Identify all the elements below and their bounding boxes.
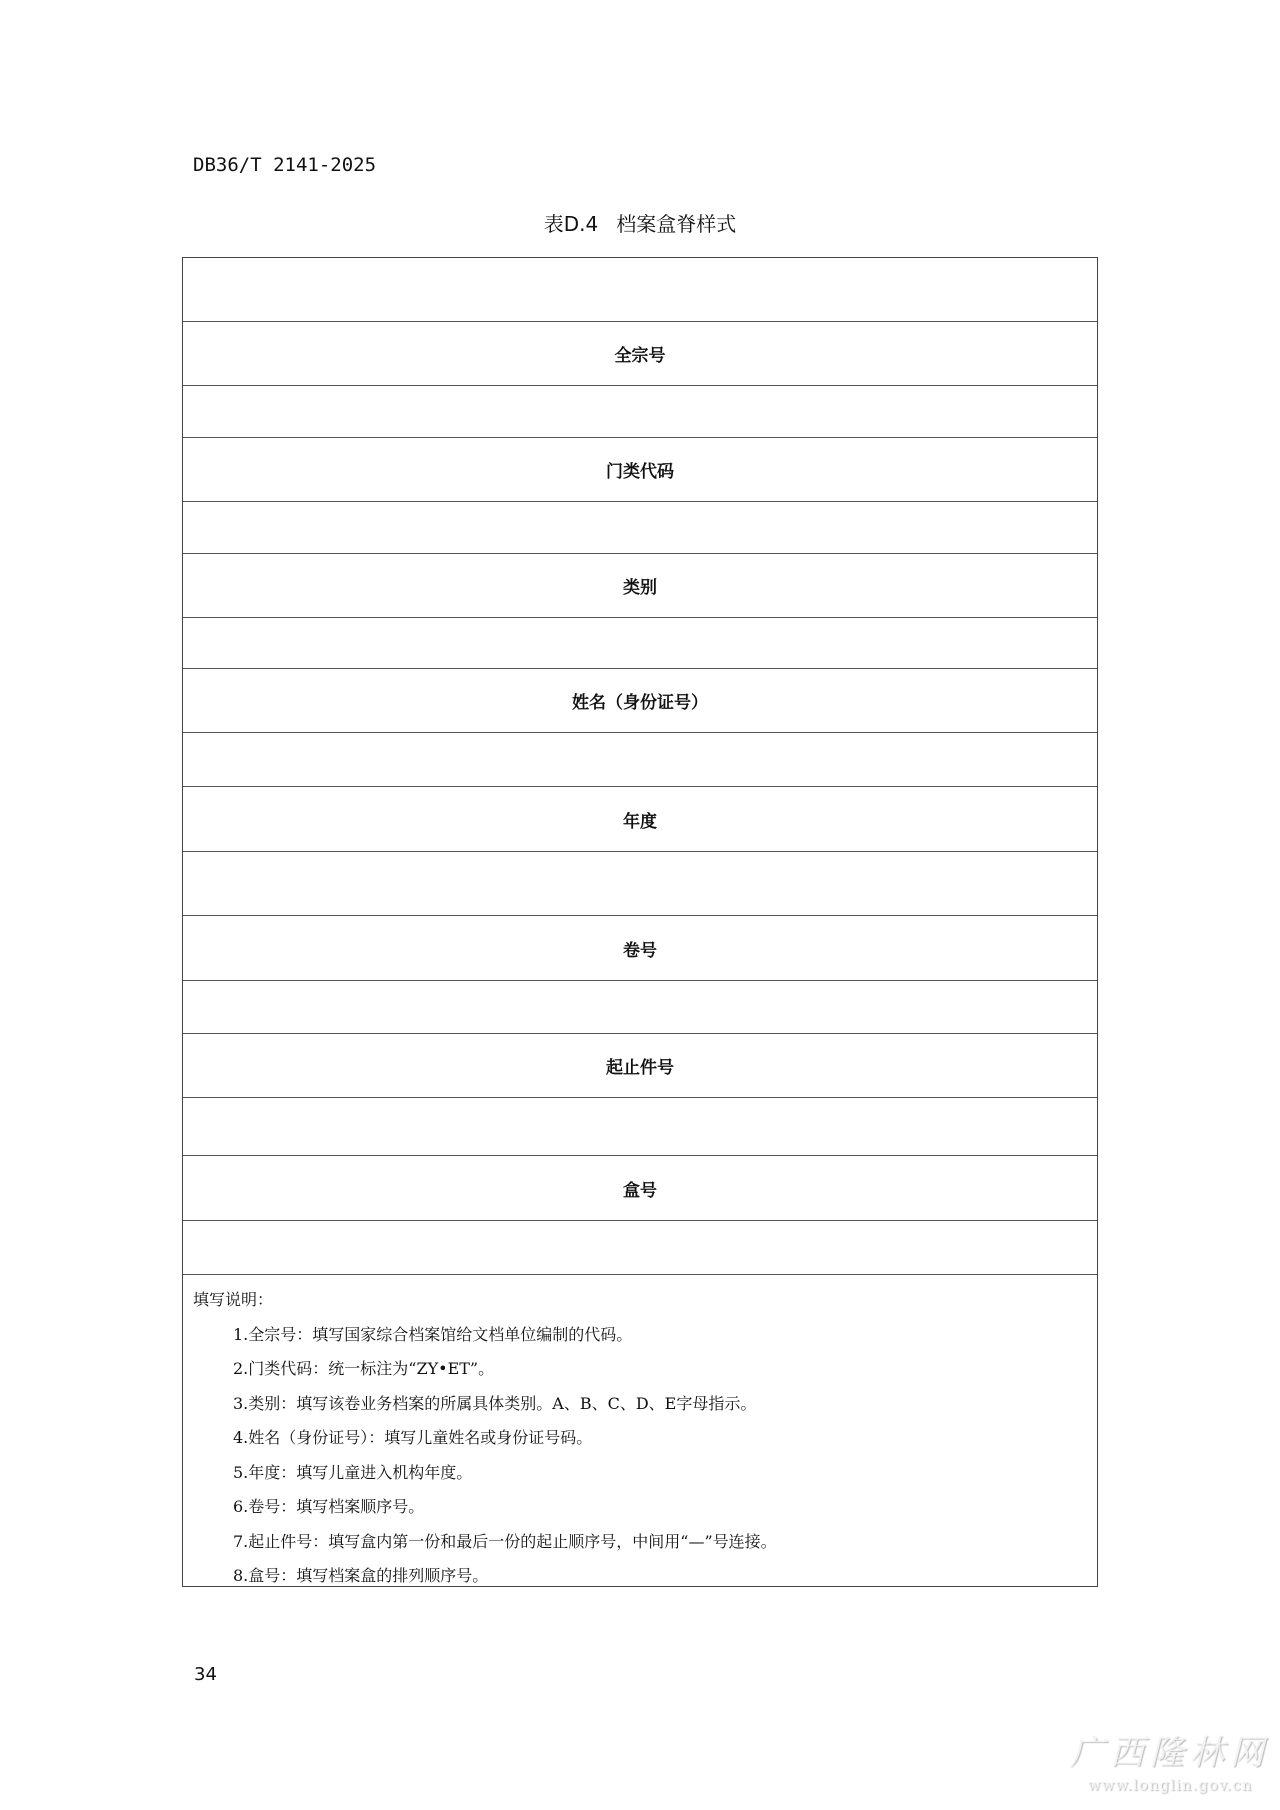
watermark-url: www.longlin.gov.cn: [1065, 1776, 1275, 1794]
table-row-label: 姓名（身份证号）: [183, 669, 1097, 733]
table-row-label: 盒号: [183, 1156, 1097, 1221]
table-rows: 全宗号门类代码类别姓名（身份证号）年度卷号起止件号盒号: [183, 258, 1097, 1275]
instruction-item: 4.姓名（身份证号）：填写儿童姓名或身份证号码。: [193, 1421, 1097, 1456]
document-code: DB36/T 2141-2025: [193, 154, 376, 176]
site-watermark: 广西隆林网 www.longlin.gov.cn: [1065, 1725, 1275, 1794]
table-row-blank: [183, 386, 1097, 438]
table-row-blank: [183, 852, 1097, 916]
table-row-label: 门类代码: [183, 438, 1097, 502]
instruction-item: 5.年度：填写儿童进入机构年度。: [193, 1456, 1097, 1491]
archive-box-spine-table: 全宗号门类代码类别姓名（身份证号）年度卷号起止件号盒号 填写说明： 1.全宗号：…: [182, 257, 1098, 1587]
table-row-label: 卷号: [183, 916, 1097, 981]
instructions-heading: 填写说明：: [193, 1283, 1097, 1318]
table-row-blank: [183, 733, 1097, 787]
table-title-text: 档案盒脊样式: [616, 212, 736, 236]
table-title: 表D.4档案盒脊样式: [0, 208, 1280, 237]
table-row-label: 年度: [183, 787, 1097, 852]
row-label: 起止件号: [606, 1053, 674, 1078]
table-row-blank: [183, 1098, 1097, 1156]
table-row-label: 类别: [183, 554, 1097, 618]
filling-instructions: 填写说明： 1.全宗号：填写国家综合档案馆给文档单位编制的代码。 2.门类代码：…: [183, 1275, 1097, 1586]
row-label: 类别: [623, 573, 657, 598]
instruction-item: 6.卷号：填写档案顺序号。: [193, 1490, 1097, 1525]
instruction-item: 2.门类代码：统一标注为“ZY•ET”。: [193, 1352, 1097, 1387]
row-label: 门类代码: [606, 457, 674, 482]
instruction-item: 7.起止件号：填写盒内第一份和最后一份的起止顺序号，中间用“—”号连接。: [193, 1525, 1097, 1560]
instruction-item: 1.全宗号：填写国家综合档案馆给文档单位编制的代码。: [193, 1318, 1097, 1353]
table-row-blank: [183, 258, 1097, 322]
table-row-label: 起止件号: [183, 1034, 1097, 1098]
instruction-item: 3.类别：填写该卷业务档案的所属具体类别。A、B、C、D、E字母指示。: [193, 1387, 1097, 1422]
table-row-blank: [183, 618, 1097, 669]
page-number: 34: [194, 1664, 217, 1685]
watermark-title: 广西隆林网: [1065, 1725, 1275, 1774]
table-row-blank: [183, 1221, 1097, 1275]
table-row-blank: [183, 502, 1097, 554]
instruction-item: 8.盒号：填写档案盒的排列顺序号。: [193, 1559, 1097, 1594]
table-row-blank: [183, 981, 1097, 1034]
row-label: 卷号: [623, 936, 657, 961]
row-label: 全宗号: [615, 341, 666, 366]
row-label: 姓名（身份证号）: [572, 688, 708, 713]
row-label: 盒号: [623, 1176, 657, 1201]
table-number: 表D.4: [544, 212, 598, 236]
row-label: 年度: [623, 807, 657, 832]
table-row-label: 全宗号: [183, 322, 1097, 386]
